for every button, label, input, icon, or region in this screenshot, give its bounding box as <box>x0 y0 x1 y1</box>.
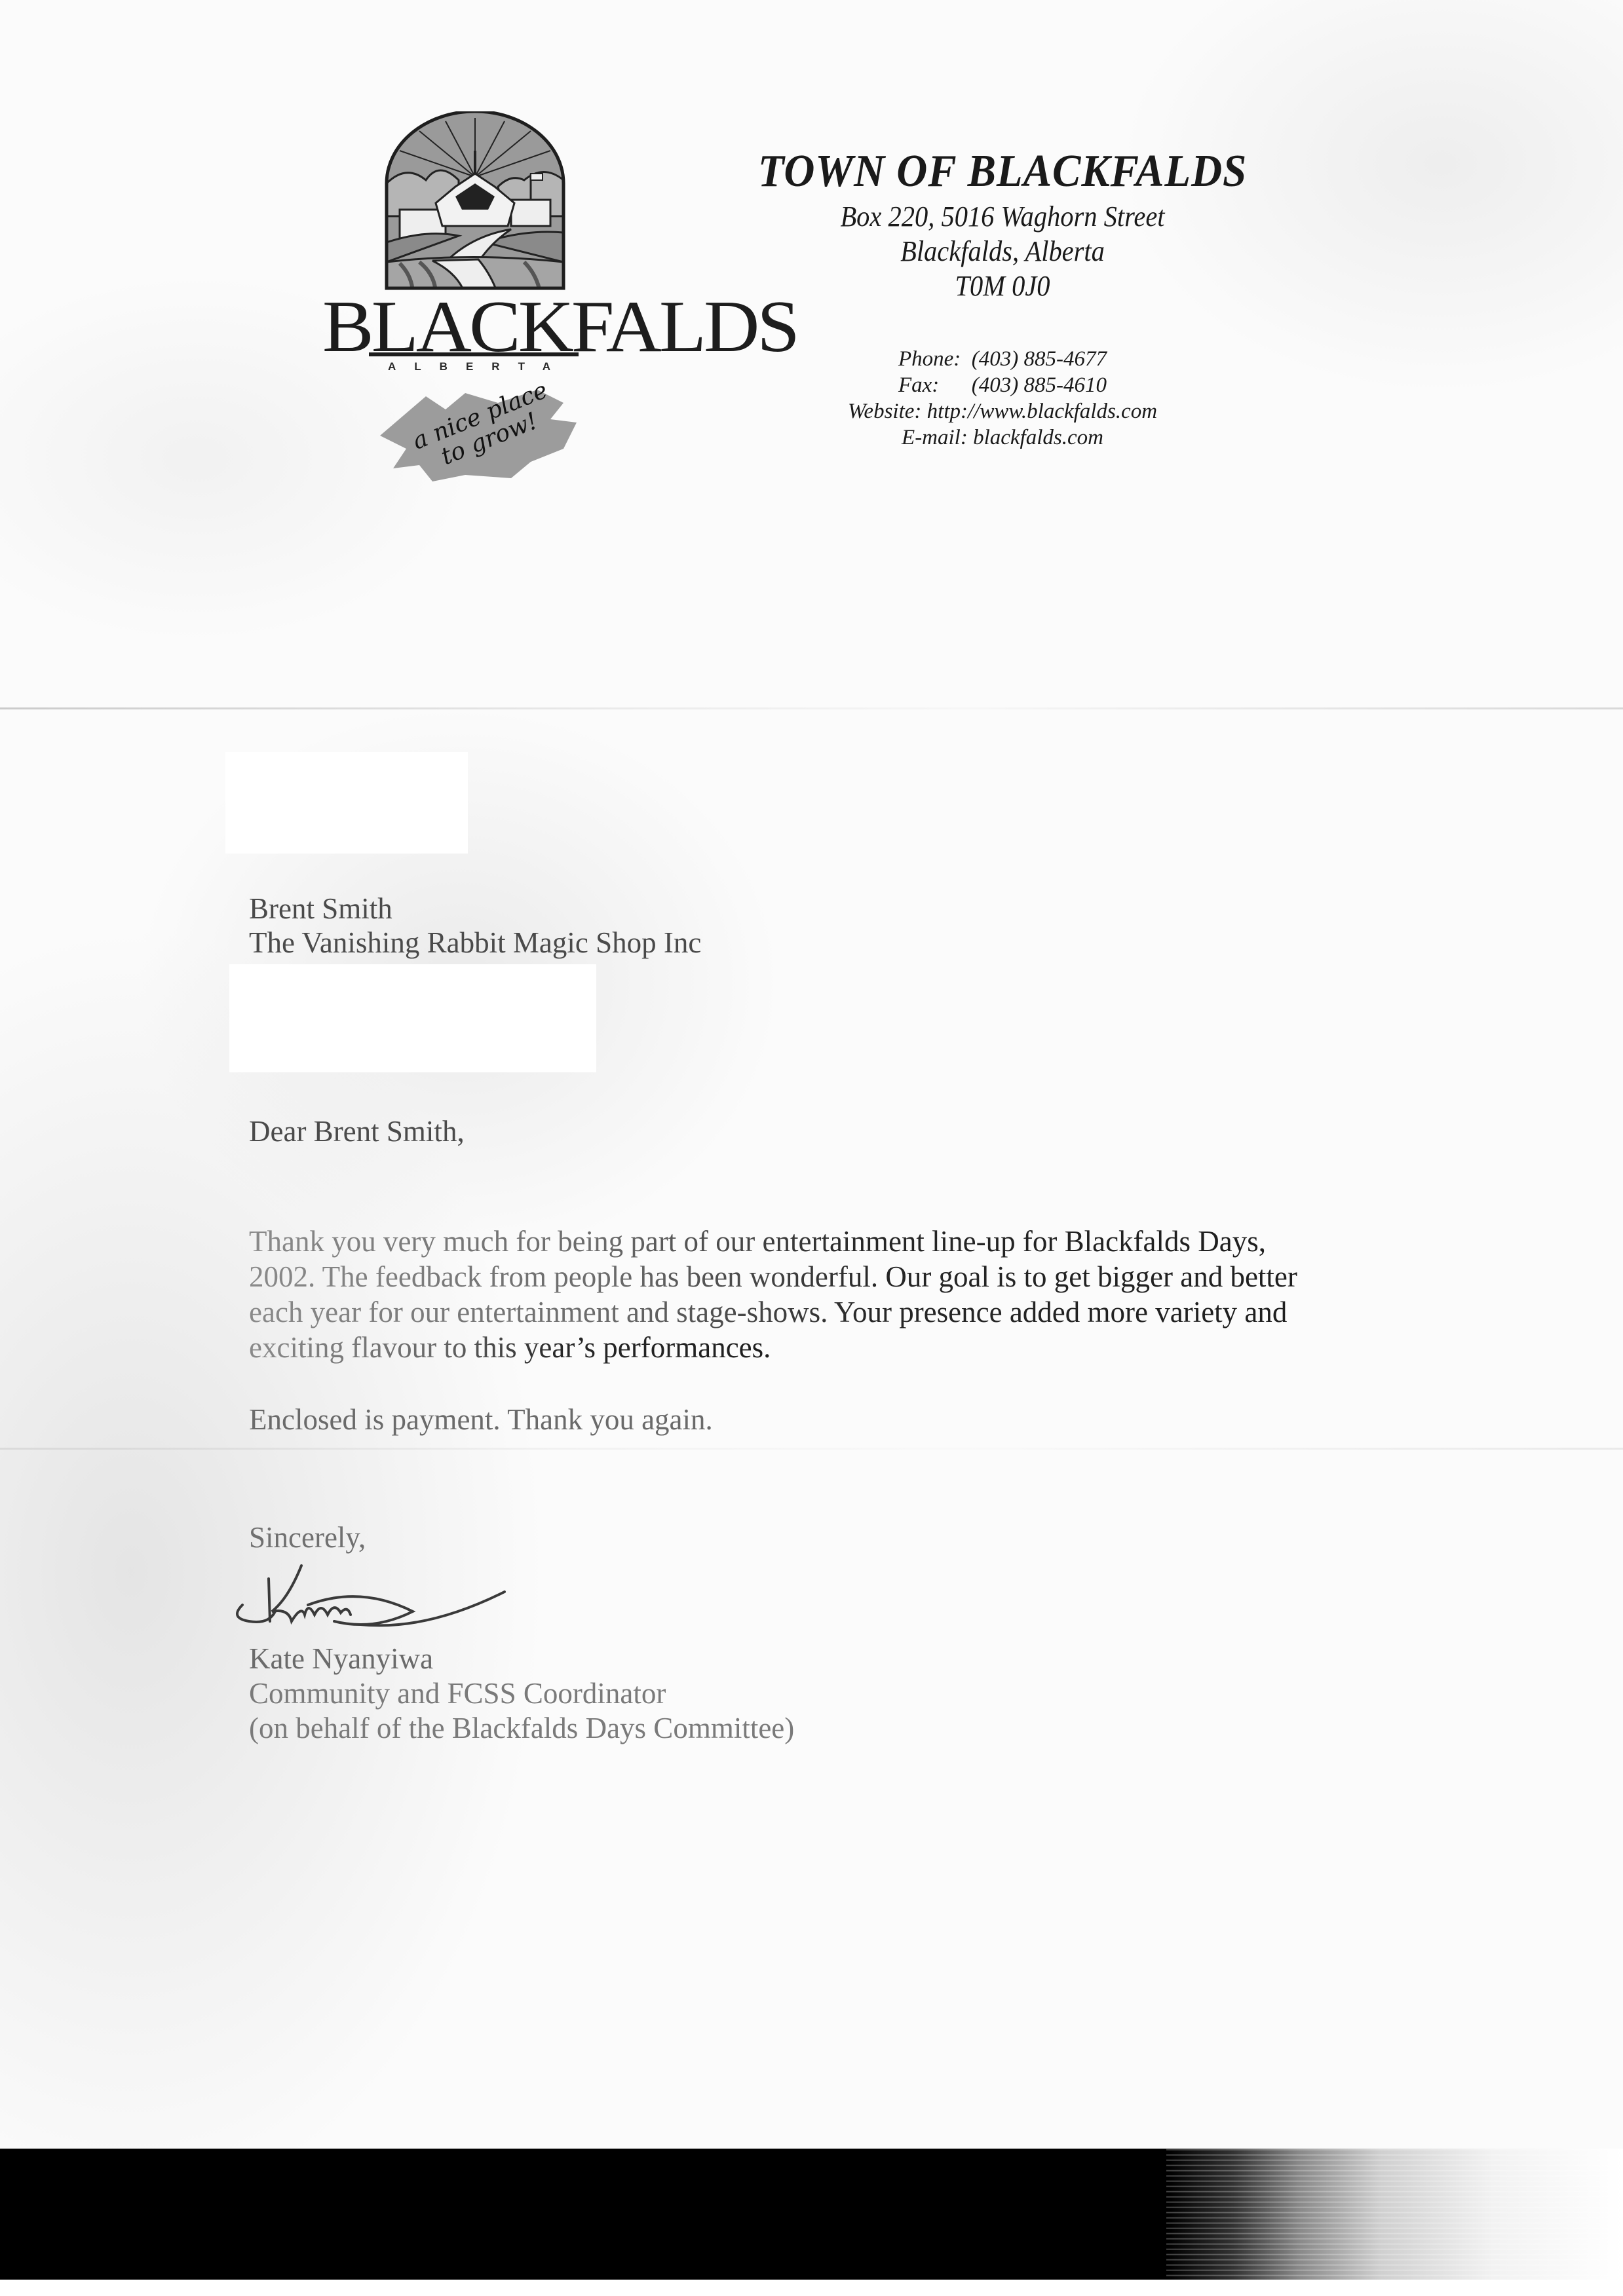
website-link[interactable]: http://www.blackfalds.com <box>927 400 1157 423</box>
email-address[interactable]: blackfalds.com <box>973 426 1103 449</box>
signatory-note: (on behalf of the Blackfalds Days Commit… <box>249 1710 794 1746</box>
signatory-name: Kate Nyanyiwa <box>249 1641 433 1676</box>
scanner-halftone <box>1166 2149 1623 2280</box>
email-label: E-mail: <box>902 426 968 449</box>
website-label: Website: <box>848 400 921 423</box>
paragraph-line: 2002. The feedback from people has been … <box>249 1259 1297 1294</box>
redacted-date <box>225 752 468 854</box>
fax-line: Fax: (403) 885-4610 <box>708 372 1297 398</box>
signatory-title: Community and FCSS Coordinator <box>249 1676 666 1711</box>
paper-fold-line <box>0 1448 1623 1450</box>
logo-rule <box>369 352 579 356</box>
closing: Sincerely, <box>249 1520 366 1555</box>
phone-label: Phone: <box>898 347 961 371</box>
paragraph-line: each year for our entertainment and stag… <box>249 1294 1287 1330</box>
recipient-company: The Vanishing Rabbit Magic Shop Inc <box>249 925 701 960</box>
letter-page <box>0 0 1623 2149</box>
town-crest-icon <box>315 111 681 308</box>
redacted-address <box>229 964 596 1072</box>
address-line: Box 220, 5016 Waghorn Street <box>731 200 1274 234</box>
fax-number: (403) 885-4610 <box>972 373 1107 397</box>
letterhead-title: TOWN OF BLACKFALDS <box>729 145 1277 198</box>
paper-fold-line <box>0 707 1623 709</box>
paragraph-line: exciting flavour to this year’s performa… <box>249 1330 771 1365</box>
page-bottom-margin <box>0 2280 1623 2296</box>
letter-paragraph: Enclosed is payment. Thank you again. <box>249 1402 713 1437</box>
paragraph-line: Thank you very much for being part of ou… <box>249 1224 1266 1259</box>
phone-line: Phone: (403) 885-4677 <box>708 346 1297 372</box>
salutation: Dear Brent Smith, <box>249 1114 465 1149</box>
recipient-name: Brent Smith <box>249 891 392 926</box>
website-line: Website: http://www.blackfalds.com <box>708 398 1297 424</box>
logo-subtitle: ALBERTA <box>387 360 570 373</box>
phone-number: (403) 885-4677 <box>972 347 1107 371</box>
postal-code: T0M 0J0 <box>731 269 1274 303</box>
fax-label: Fax: <box>898 373 939 397</box>
address-line: Blackfalds, Alberta <box>731 235 1274 269</box>
email-line: E-mail: blackfalds.com <box>708 424 1297 451</box>
